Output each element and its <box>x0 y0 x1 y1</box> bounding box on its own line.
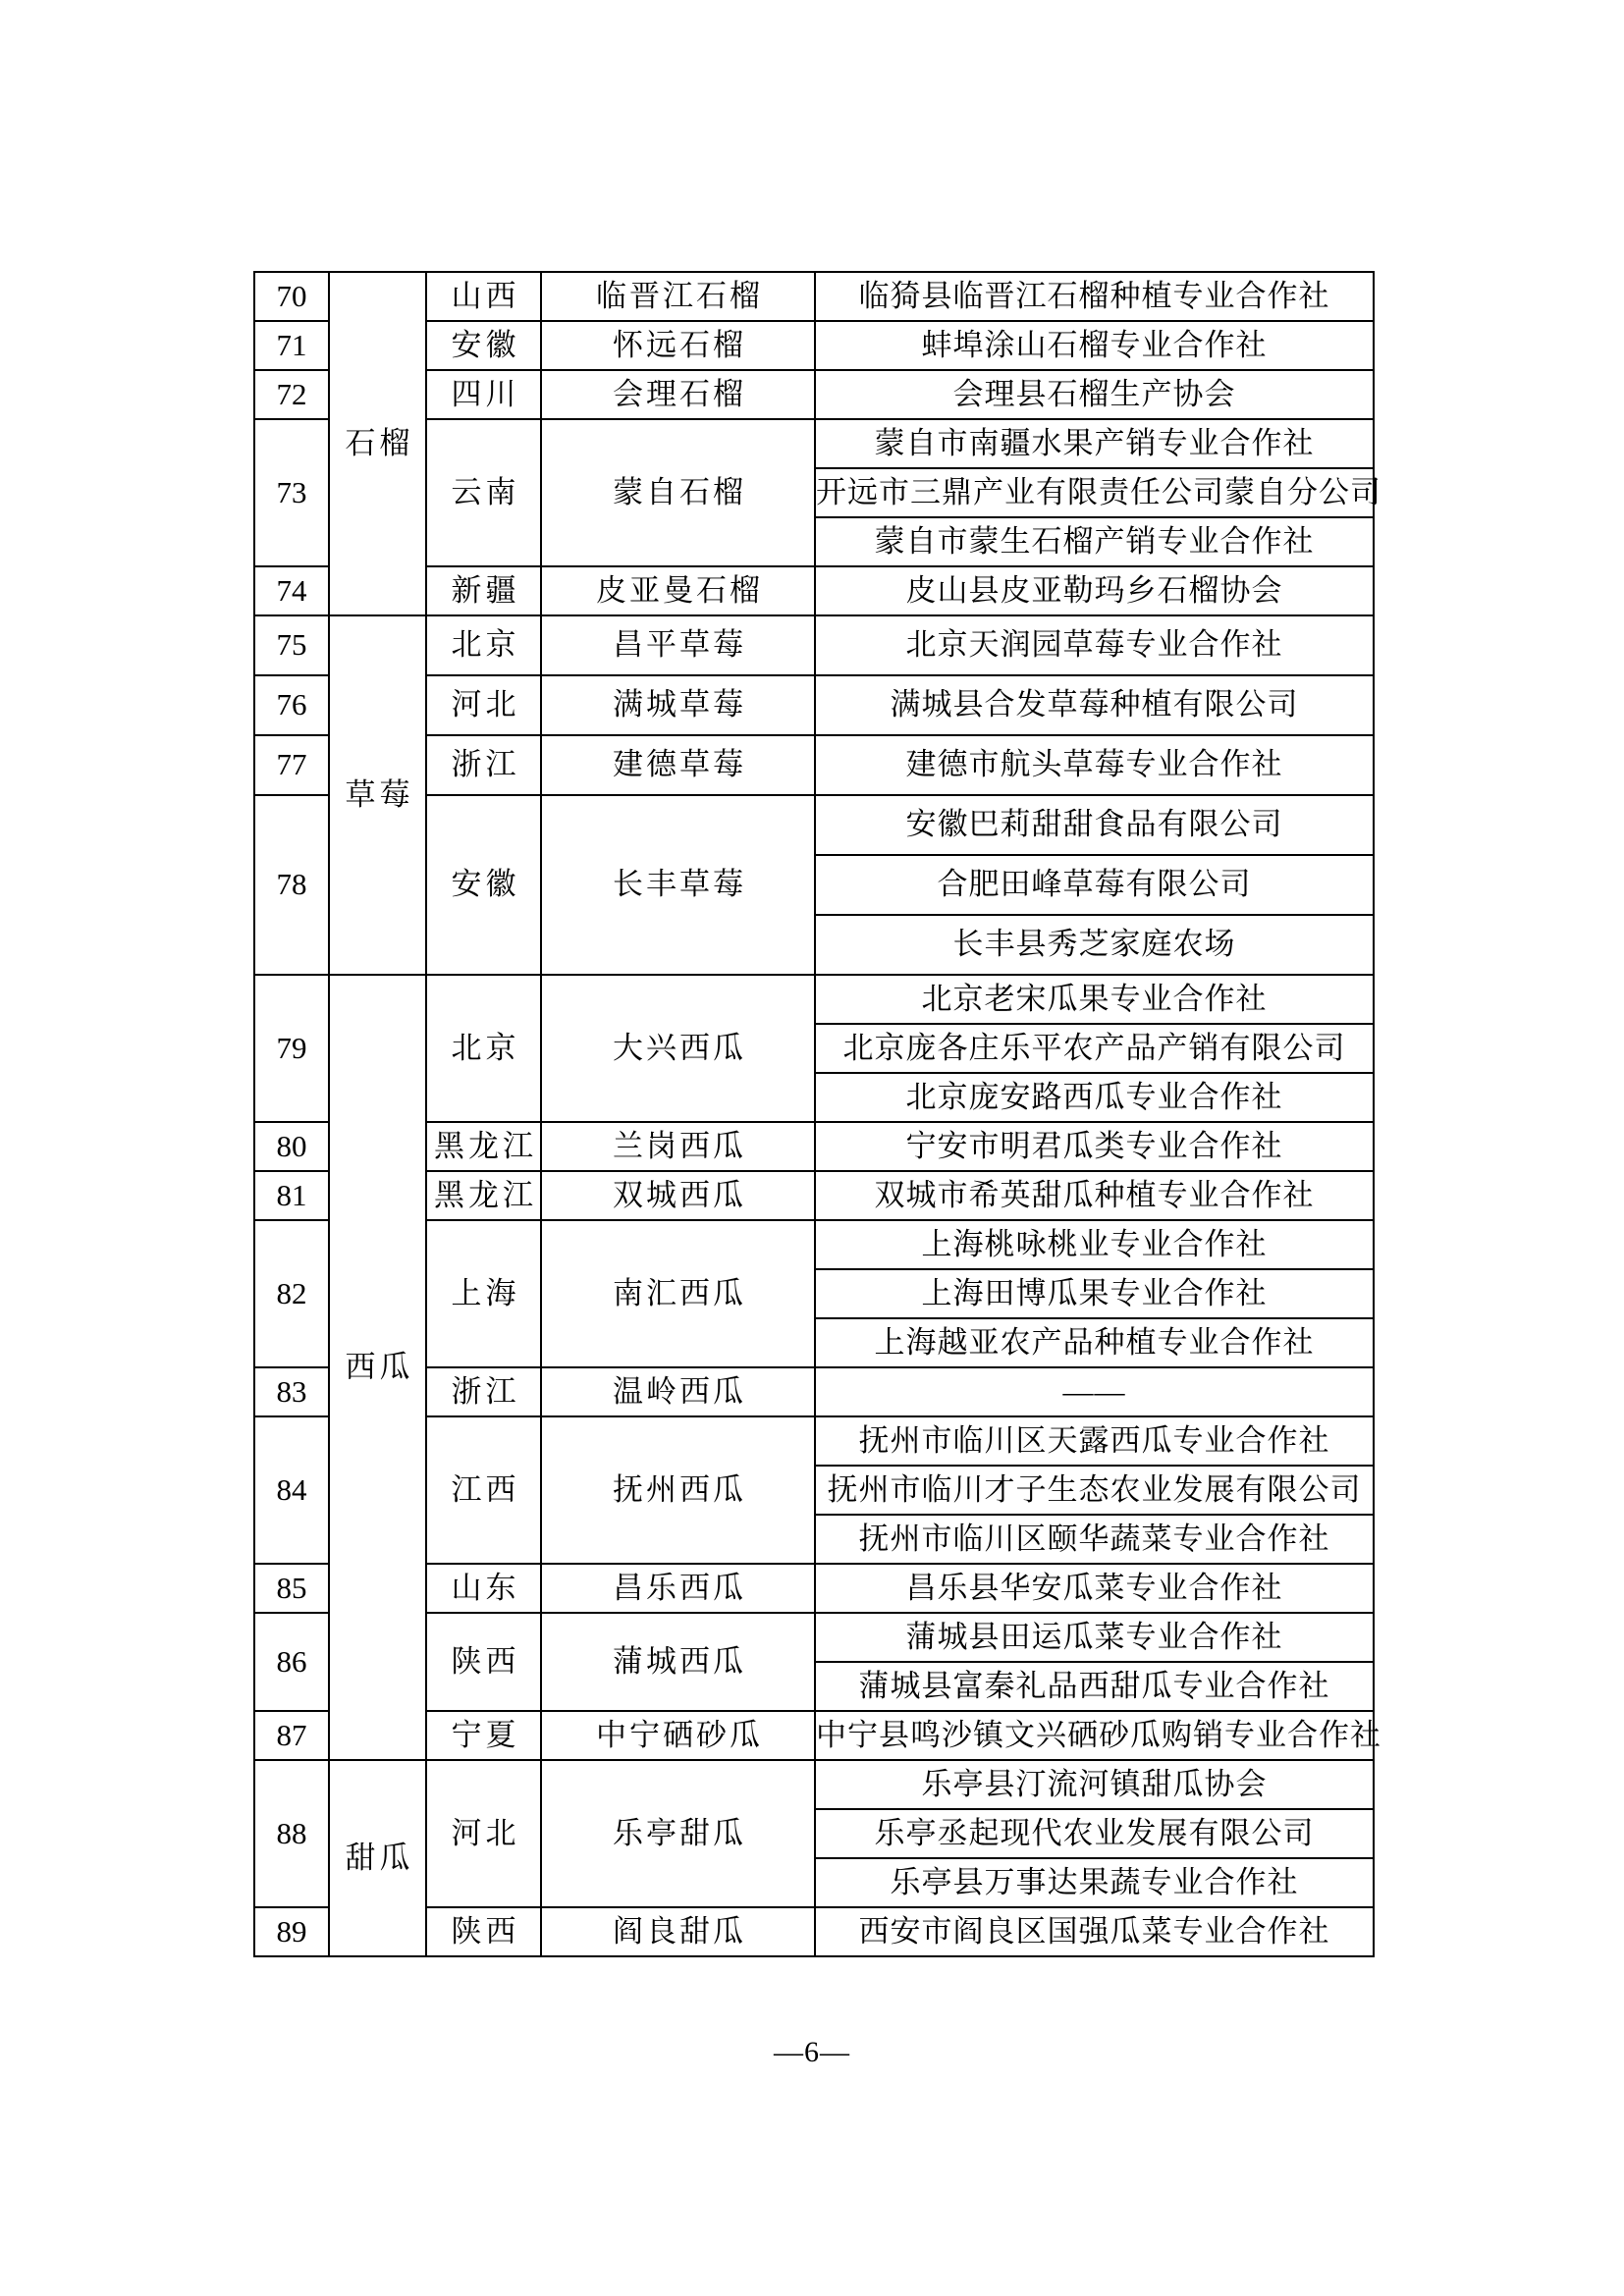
org-cell: 宁安市明君瓜类专业合作社 <box>815 1122 1374 1171</box>
seq-cell: 73 <box>254 419 329 566</box>
seq-cell: 80 <box>254 1122 329 1171</box>
registry-table: 70石榴山西临晋江石榴临猗县临晋江石榴种植专业合作社71安徽怀远石榴蚌埠涂山石榴… <box>253 271 1375 1957</box>
product-cell: 抚州西瓜 <box>541 1416 815 1564</box>
province-cell: 四川 <box>426 370 541 419</box>
table-row: 79西瓜北京大兴西瓜北京老宋瓜果专业合作社 <box>254 975 1374 1024</box>
org-cell: 抚州市临川区颐华蔬菜专业合作社 <box>815 1515 1374 1564</box>
seq-cell: 89 <box>254 1907 329 1956</box>
seq-cell: 76 <box>254 675 329 735</box>
table-row: 75草莓北京昌平草莓北京天润园草莓专业合作社 <box>254 615 1374 675</box>
province-cell: 陕西 <box>426 1613 541 1711</box>
province-cell: 黑龙江 <box>426 1171 541 1220</box>
province-cell: 陕西 <box>426 1907 541 1956</box>
org-cell: 乐亭丞起现代农业发展有限公司 <box>815 1809 1374 1858</box>
category-cell: 草莓 <box>329 615 426 975</box>
org-cell: 蚌埠涂山石榴专业合作社 <box>815 321 1374 370</box>
product-cell: 怀远石榴 <box>541 321 815 370</box>
province-cell: 黑龙江 <box>426 1122 541 1171</box>
province-cell: 安徽 <box>426 321 541 370</box>
seq-cell: 75 <box>254 615 329 675</box>
product-cell: 临晋江石榴 <box>541 272 815 321</box>
province-cell: 江西 <box>426 1416 541 1564</box>
org-cell: 乐亭县汀流河镇甜瓜协会 <box>815 1760 1374 1809</box>
product-cell: 南汇西瓜 <box>541 1220 815 1367</box>
product-cell: 长丰草莓 <box>541 795 815 975</box>
org-cell: 皮山县皮亚勒玛乡石榴协会 <box>815 566 1374 615</box>
product-cell: 蒙自石榴 <box>541 419 815 566</box>
org-cell: 合肥田峰草莓有限公司 <box>815 855 1374 915</box>
org-cell: 上海越亚农产品种植专业合作社 <box>815 1318 1374 1367</box>
org-cell: 乐亭县万事达果蔬专业合作社 <box>815 1858 1374 1907</box>
province-cell: 新疆 <box>426 566 541 615</box>
province-cell: 河北 <box>426 675 541 735</box>
org-cell: 蒙自市南疆水果产销专业合作社 <box>815 419 1374 468</box>
product-cell: 温岭西瓜 <box>541 1367 815 1416</box>
seq-cell: 83 <box>254 1367 329 1416</box>
seq-cell: 81 <box>254 1171 329 1220</box>
seq-cell: 74 <box>254 566 329 615</box>
seq-cell: 84 <box>254 1416 329 1564</box>
org-cell: 上海田博瓜果专业合作社 <box>815 1269 1374 1318</box>
province-cell: 云南 <box>426 419 541 566</box>
table-row: 88甜瓜河北乐亭甜瓜乐亭县汀流河镇甜瓜协会 <box>254 1760 1374 1809</box>
seq-cell: 71 <box>254 321 329 370</box>
org-cell: 北京天润园草莓专业合作社 <box>815 615 1374 675</box>
registry-table-body: 70石榴山西临晋江石榴临猗县临晋江石榴种植专业合作社71安徽怀远石榴蚌埠涂山石榴… <box>254 272 1374 1956</box>
org-cell: 满城县合发草莓种植有限公司 <box>815 675 1374 735</box>
seq-cell: 70 <box>254 272 329 321</box>
province-cell: 宁夏 <box>426 1711 541 1760</box>
province-cell: 上海 <box>426 1220 541 1367</box>
product-cell: 大兴西瓜 <box>541 975 815 1122</box>
seq-cell: 72 <box>254 370 329 419</box>
org-cell: 蒙自市蒙生石榴产销专业合作社 <box>815 517 1374 566</box>
page-number: —6— <box>0 2036 1624 2069</box>
product-cell: 中宁硒砂瓜 <box>541 1711 815 1760</box>
org-cell: 双城市希英甜瓜种植专业合作社 <box>815 1171 1374 1220</box>
table-row: 70石榴山西临晋江石榴临猗县临晋江石榴种植专业合作社 <box>254 272 1374 321</box>
document-page: 70石榴山西临晋江石榴临猗县临晋江石榴种植专业合作社71安徽怀远石榴蚌埠涂山石榴… <box>0 0 1624 2296</box>
org-cell: 蒲城县田运瓜菜专业合作社 <box>815 1613 1374 1662</box>
org-cell: 中宁县鸣沙镇文兴硒砂瓜购销专业合作社 <box>815 1711 1374 1760</box>
seq-cell: 87 <box>254 1711 329 1760</box>
province-cell: 浙江 <box>426 1367 541 1416</box>
org-cell: 抚州市临川区天露西瓜专业合作社 <box>815 1416 1374 1466</box>
product-cell: 昌乐西瓜 <box>541 1564 815 1613</box>
product-cell: 昌平草莓 <box>541 615 815 675</box>
org-cell: 开远市三鼎产业有限责任公司蒙自分公司 <box>815 468 1374 517</box>
seq-cell: 85 <box>254 1564 329 1613</box>
org-cell: 临猗县临晋江石榴种植专业合作社 <box>815 272 1374 321</box>
province-cell: 北京 <box>426 975 541 1122</box>
org-cell: 北京庞各庄乐平农产品产销有限公司 <box>815 1024 1374 1073</box>
province-cell: 安徽 <box>426 795 541 975</box>
org-cell: 会理县石榴生产协会 <box>815 370 1374 419</box>
product-cell: 阎良甜瓜 <box>541 1907 815 1956</box>
seq-cell: 79 <box>254 975 329 1122</box>
product-cell: 乐亭甜瓜 <box>541 1760 815 1907</box>
org-cell: 长丰县秀芝家庭农场 <box>815 915 1374 975</box>
org-cell: 昌乐县华安瓜菜专业合作社 <box>815 1564 1374 1613</box>
province-cell: 北京 <box>426 615 541 675</box>
org-cell: 抚州市临川才子生态农业发展有限公司 <box>815 1466 1374 1515</box>
category-cell: 西瓜 <box>329 975 426 1760</box>
category-cell: 石榴 <box>329 272 426 615</box>
org-cell: 上海桃咏桃业专业合作社 <box>815 1220 1374 1269</box>
org-cell: 西安市阎良区国强瓜菜专业合作社 <box>815 1907 1374 1956</box>
category-cell: 甜瓜 <box>329 1760 426 1956</box>
org-cell: 安徽巴莉甜甜食品有限公司 <box>815 795 1374 855</box>
org-cell: 北京老宋瓜果专业合作社 <box>815 975 1374 1024</box>
product-cell: 皮亚曼石榴 <box>541 566 815 615</box>
product-cell: 兰岗西瓜 <box>541 1122 815 1171</box>
org-cell: —— <box>815 1367 1374 1416</box>
product-cell: 建德草莓 <box>541 735 815 795</box>
province-cell: 山西 <box>426 272 541 321</box>
org-cell: 北京庞安路西瓜专业合作社 <box>815 1073 1374 1122</box>
seq-cell: 86 <box>254 1613 329 1711</box>
seq-cell: 88 <box>254 1760 329 1907</box>
product-cell: 双城西瓜 <box>541 1171 815 1220</box>
org-cell: 建德市航头草莓专业合作社 <box>815 735 1374 795</box>
province-cell: 河北 <box>426 1760 541 1907</box>
product-cell: 会理石榴 <box>541 370 815 419</box>
product-cell: 满城草莓 <box>541 675 815 735</box>
seq-cell: 77 <box>254 735 329 795</box>
province-cell: 浙江 <box>426 735 541 795</box>
seq-cell: 78 <box>254 795 329 975</box>
product-cell: 蒲城西瓜 <box>541 1613 815 1711</box>
org-cell: 蒲城县富秦礼品西甜瓜专业合作社 <box>815 1662 1374 1711</box>
province-cell: 山东 <box>426 1564 541 1613</box>
seq-cell: 82 <box>254 1220 329 1367</box>
